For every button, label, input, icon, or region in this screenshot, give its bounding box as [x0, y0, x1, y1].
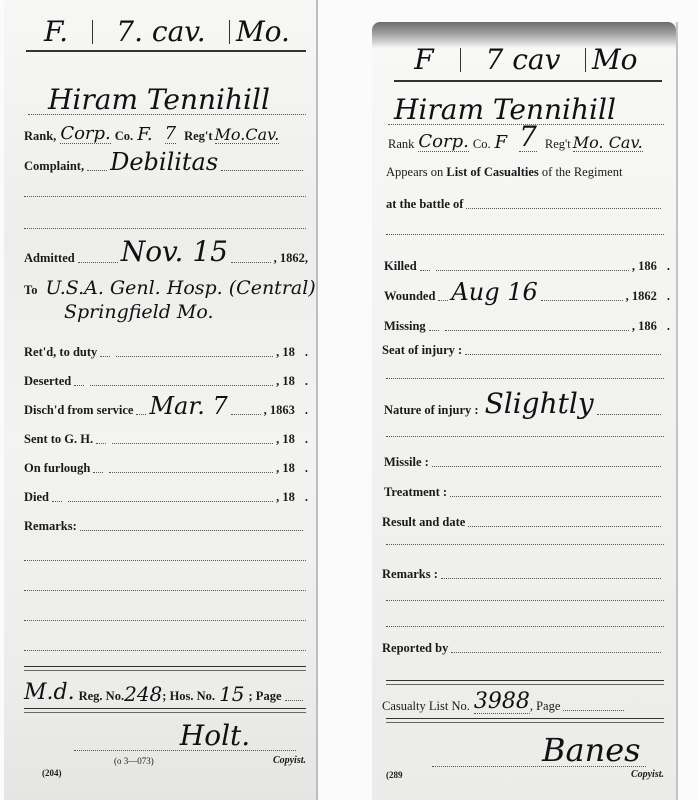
- event-year: , 1862: [626, 289, 657, 304]
- remarks-label: Remarks :: [382, 567, 438, 582]
- complaint-label: Complaint,: [24, 159, 84, 174]
- remarks-line: [386, 626, 664, 627]
- result-label: Result and date: [382, 515, 465, 530]
- event-year-dot: .: [305, 432, 308, 447]
- event-year: , 186: [632, 259, 657, 274]
- event-year: , 18: [276, 461, 295, 476]
- remarks-line: [24, 620, 306, 621]
- regt-label: Reg't: [545, 137, 571, 152]
- missile-row: Missile :: [384, 450, 664, 470]
- reported-label: Reported by: [382, 641, 448, 656]
- form-footer: (289 Copyist.: [386, 766, 664, 780]
- event-year-dot: .: [305, 403, 308, 418]
- card-header: F. 7. cav. Mo.: [26, 14, 306, 52]
- event-year-dot: .: [667, 319, 670, 334]
- remarks-row: Remarks:: [24, 512, 306, 534]
- rank-label: Rank,: [24, 129, 56, 144]
- nature-value: Slightly: [485, 390, 594, 418]
- event-label: Wounded: [384, 289, 435, 304]
- result-row: Result and date: [382, 510, 664, 530]
- missile-label: Missile :: [384, 455, 429, 470]
- event-year-dot: .: [305, 374, 308, 389]
- remarks-label: Remarks:: [24, 519, 77, 534]
- form-number: (289: [386, 770, 403, 780]
- rank-label: Rank: [388, 137, 414, 152]
- copyist-signature-row: Holt.: [74, 716, 296, 751]
- event-label: Missing: [384, 319, 426, 334]
- header-state: Mo.: [236, 18, 306, 46]
- event-row: On furlough, 18.: [24, 450, 308, 476]
- to-value-line2: Springfield Mo.: [64, 303, 214, 322]
- event-year: , 1863: [264, 403, 295, 418]
- page-label: , Page: [530, 699, 561, 714]
- hospital-record-card: F. 7. cav. Mo. Hiram Tennihill Rank, Cor…: [4, 0, 318, 800]
- copyist-signature: Banes: [542, 734, 641, 766]
- event-row: Missing, 186.: [384, 308, 670, 334]
- treatment-label: Treatment :: [384, 485, 447, 500]
- admitted-value: Nov. 15: [121, 238, 228, 266]
- rank-row: Rank Corp. Co. F 7 Reg't Mo. Cav.: [388, 126, 666, 152]
- soldier-name: Hiram Tennihill: [48, 86, 270, 114]
- event-label: Died: [24, 490, 49, 505]
- event-year: , 186: [632, 319, 657, 334]
- event-row: Ret'd, to duty, 18.: [24, 334, 308, 360]
- soldier-name: Hiram Tennihill: [394, 96, 616, 124]
- to-label: To: [24, 283, 37, 298]
- event-year-dot: .: [305, 461, 308, 476]
- casualty-record-card: F 7 cav Mo Hiram Tennihill Rank Corp. Co…: [372, 22, 678, 800]
- event-year-dot: .: [305, 490, 308, 505]
- event-year: , 18: [276, 490, 295, 505]
- hos-label: ; Hos. No.: [162, 689, 215, 704]
- remarks-line: [24, 590, 306, 591]
- header-company: F.: [26, 18, 86, 46]
- event-row: Sent to G. H., 18.: [24, 421, 308, 447]
- complaint-row: Complaint, Debilitas: [24, 146, 306, 174]
- copyist-signature: Holt.: [180, 722, 250, 750]
- header-regiment: 7. cav.: [99, 18, 223, 46]
- remarks-line: [386, 600, 664, 601]
- event-year-dot: .: [667, 259, 670, 274]
- regiment-number: 7: [165, 125, 176, 144]
- casualty-label: Casualty List No.: [382, 699, 470, 714]
- remarks-line: [24, 560, 306, 561]
- event-row: Killed, 186.: [384, 248, 670, 274]
- event-value: Aug 16: [451, 280, 537, 304]
- appears-row: Appears on List of Casualties of the Reg…: [386, 160, 666, 180]
- event-year: , 18: [276, 345, 295, 360]
- appears-text-bold: List of Casualties: [446, 165, 538, 179]
- event-value: Mar. 7: [149, 394, 227, 418]
- battle-row: at the battle of: [386, 192, 664, 212]
- event-label: Ret'd, to duty: [24, 345, 97, 360]
- to-row-2: Springfield Mo.: [64, 296, 308, 322]
- blank-line: [386, 378, 664, 379]
- copyist-signature-row: Banes: [432, 730, 646, 767]
- seat-row: Seat of injury :: [382, 338, 664, 358]
- event-year: , 18: [276, 374, 295, 389]
- co-value: F: [495, 134, 508, 152]
- casualty-list-row: Casualty List No. 3988 , Page: [382, 686, 664, 714]
- event-year-dot: .: [667, 289, 670, 304]
- card-header: F 7 cav Mo: [394, 40, 662, 82]
- event-label: On furlough: [24, 461, 90, 476]
- regt-value: Mo. Cav.: [573, 135, 643, 152]
- blank-line: [24, 196, 306, 197]
- blank-line: [24, 228, 306, 229]
- battle-label: at the battle of: [386, 197, 463, 212]
- seat-label: Seat of injury :: [382, 343, 462, 358]
- to-row: To U.S.A. Genl. Hosp. (Central): [24, 270, 308, 298]
- event-label: Disch'd from service: [24, 403, 133, 418]
- complaint-value: Debilitas: [110, 150, 218, 174]
- page-label: ; Page: [249, 689, 282, 704]
- header-divider: [229, 20, 230, 44]
- header-state: Mo: [592, 46, 662, 74]
- appears-text-pre: Appears on: [386, 165, 446, 179]
- blank-line: [386, 544, 664, 545]
- double-rule: [24, 708, 306, 713]
- event-label: Sent to G. H.: [24, 432, 93, 447]
- event-row: Died, 18.: [24, 479, 308, 505]
- header-regiment: 7 cav: [467, 46, 579, 74]
- header-divider: [585, 48, 586, 72]
- rank-value: Corp.: [418, 133, 468, 152]
- blank-line: [386, 436, 664, 437]
- header-divider: [92, 20, 93, 44]
- remarks-line: [24, 650, 306, 651]
- rank-row: Rank, Corp. Co. F. 7 Reg't Mo.Cav.: [24, 118, 306, 144]
- casualty-value: 3988: [474, 691, 530, 714]
- header-company: F: [394, 46, 454, 74]
- regiment-number: 7: [519, 123, 537, 152]
- double-rule: [386, 680, 664, 685]
- form-number: (204): [42, 768, 62, 778]
- reg-label: Reg. No.: [79, 689, 124, 704]
- blank-line: [386, 234, 664, 235]
- admitted-label: Admitted: [24, 251, 75, 266]
- nature-label: Nature of injury :: [384, 403, 479, 418]
- appears-text-post: of the Regiment: [539, 165, 623, 179]
- event-label: Killed: [384, 259, 417, 274]
- treatment-row: Treatment :: [384, 480, 664, 500]
- register-prefix: M.d.: [24, 682, 75, 704]
- form-number-row: (204): [42, 764, 306, 778]
- event-year: , 18: [276, 432, 295, 447]
- event-row: Disch'd from serviceMar. 7, 1863.: [24, 392, 308, 418]
- rank-value: Corp.: [60, 125, 110, 144]
- nature-row: Nature of injury : Slightly: [384, 386, 664, 418]
- header-divider: [460, 48, 461, 72]
- copyist-label: Copyist.: [631, 769, 664, 780]
- co-label: Co.: [115, 129, 133, 144]
- regt-value: Mo.Cav.: [215, 127, 280, 144]
- regt-label: Reg't: [184, 129, 212, 144]
- event-label: Deserted: [24, 374, 71, 389]
- admitted-row: Admitted Nov. 15 , 1862,: [24, 236, 308, 266]
- remarks-row: Remarks :: [382, 562, 664, 582]
- event-row: Deserted, 18.: [24, 363, 308, 389]
- reported-row: Reported by: [382, 636, 664, 656]
- double-rule: [24, 666, 306, 671]
- co-value: F.: [137, 126, 152, 144]
- hos-value: 15: [219, 684, 244, 704]
- admitted-year: , 1862,: [274, 251, 308, 266]
- event-row: WoundedAug 16, 1862.: [384, 278, 670, 304]
- soldier-name-row: Hiram Tennihill: [28, 78, 306, 115]
- event-year-dot: .: [305, 345, 308, 360]
- co-label: Co.: [473, 137, 491, 152]
- register-row: M.d. Reg. No. 248 ; Hos. No. 15 ; Page: [24, 676, 306, 704]
- reg-value: 248: [124, 684, 162, 704]
- double-rule: [386, 718, 664, 723]
